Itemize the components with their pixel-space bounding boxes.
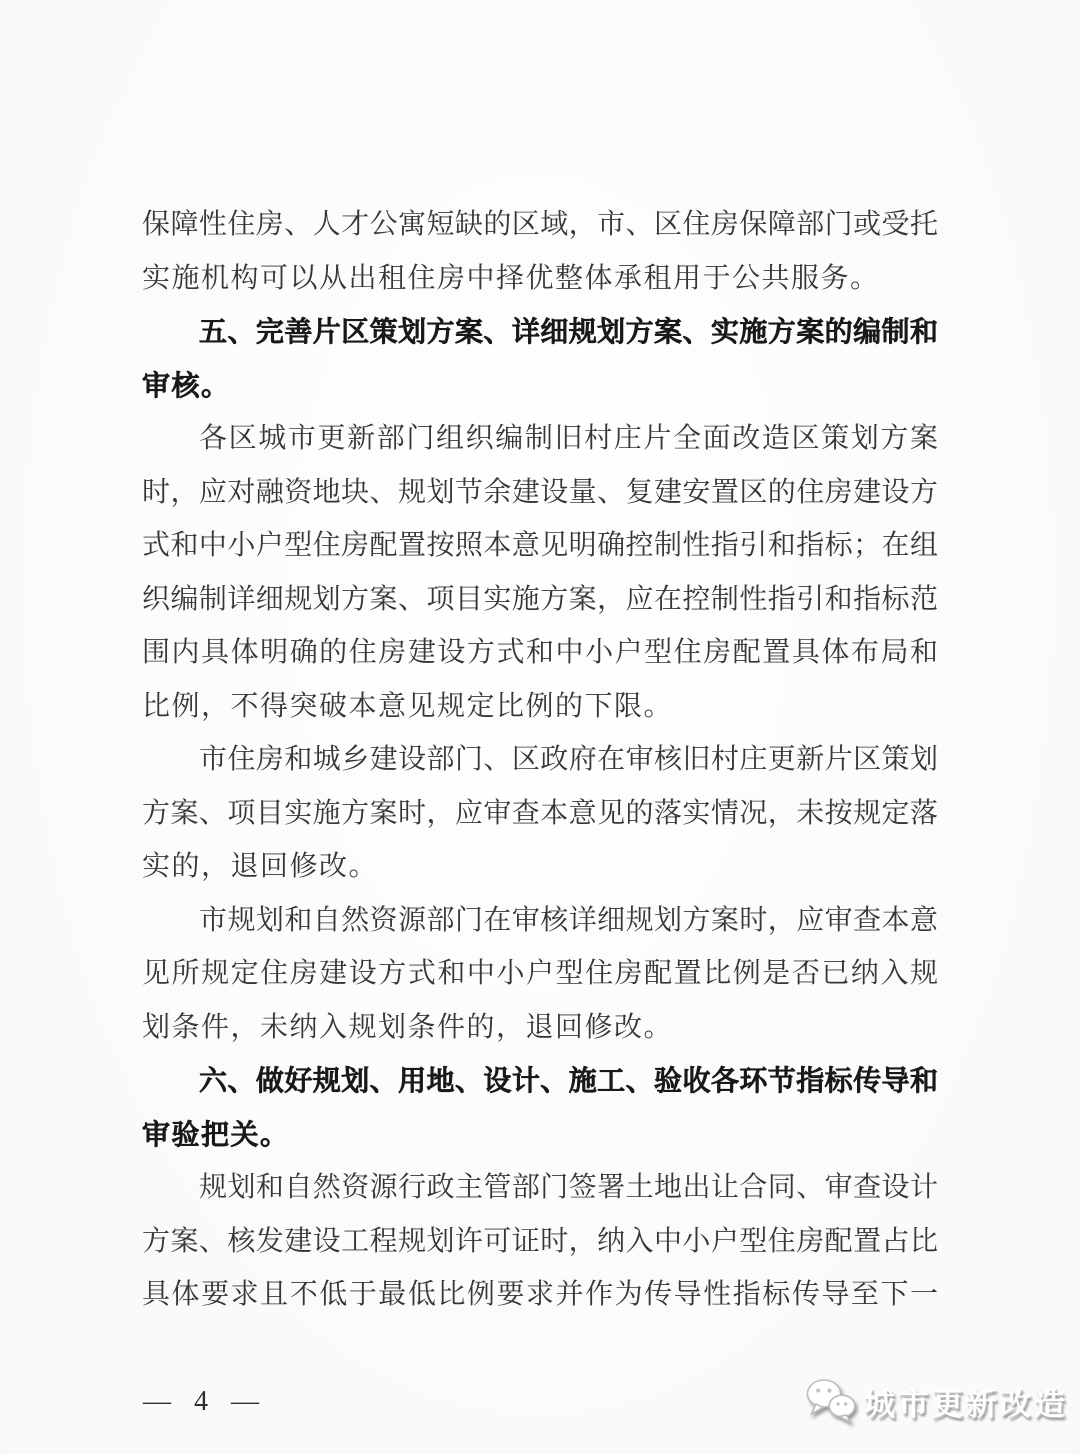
heading-line: 五、完善片区策划方案、详细规划方案、实施方案的编制和 <box>142 305 938 359</box>
body-line: 式和中小户型住房配置按照本意见明确控制性指引和指标；在组 <box>142 519 938 573</box>
page-number: — 4 — <box>143 1386 261 1418</box>
body-line: 实施机构可以从出租住房中择优整体承租用于公共服务。 <box>142 252 938 306</box>
body-line: 织编制详细规划方案、项目实施方案，应在控制性指引和指标范 <box>142 573 938 627</box>
wechat-icon <box>805 1378 857 1424</box>
body-line: 市规划和自然资源部门在审核详细规划方案时，应审查本意 <box>142 894 938 948</box>
body-line: 规划和自然资源行政主管部门签署土地出让合同、审查设计 <box>142 1161 938 1215</box>
body-line: 方案、核发建设工程规划许可证时，纳入中小户型住房配置占比 <box>142 1215 938 1269</box>
body-line: 保障性住房、人才公寓短缺的区域，市、区住房保障部门或受托 <box>142 198 938 252</box>
body-line: 时，应对融资地块、规划节余建设量、复建安置区的住房建设方 <box>142 466 938 520</box>
heading-line: 六、做好规划、用地、设计、施工、验收各环节指标传导和 <box>142 1054 938 1108</box>
document-body: 保障性住房、人才公寓短缺的区域，市、区住房保障部门或受托实施机构可以从出租住房中… <box>142 198 938 1322</box>
body-line: 方案、项目实施方案时，应审查本意见的落实情况，未按规定落 <box>142 787 938 841</box>
body-line: 市住房和城乡建设部门、区政府在审核旧村庄更新片区策划 <box>142 733 938 787</box>
watermark: 城市更新改造 <box>805 1378 1068 1424</box>
body-line: 各区城市更新部门组织编制旧村庄片全面改造区策划方案 <box>142 412 938 466</box>
body-line: 实的，退回修改。 <box>142 840 938 894</box>
body-line: 见所规定住房建设方式和中小户型住房配置比例是否已纳入规 <box>142 947 938 1001</box>
document-page: 保障性住房、人才公寓短缺的区域，市、区住房保障部门或受托实施机构可以从出租住房中… <box>0 0 1080 1454</box>
body-line: 围内具体明确的住房建设方式和中小户型住房配置具体布局和 <box>142 626 938 680</box>
body-line: 具体要求且不低于最低比例要求并作为传导性指标传导至下一 <box>142 1268 938 1322</box>
body-line: 划条件，未纳入规划条件的，退回修改。 <box>142 1001 938 1055</box>
heading-line: 审验把关。 <box>142 1108 938 1162</box>
watermark-label: 城市更新改造 <box>864 1379 1068 1424</box>
heading-line: 审核。 <box>142 359 938 413</box>
body-line: 比例，不得突破本意见规定比例的下限。 <box>142 680 938 734</box>
